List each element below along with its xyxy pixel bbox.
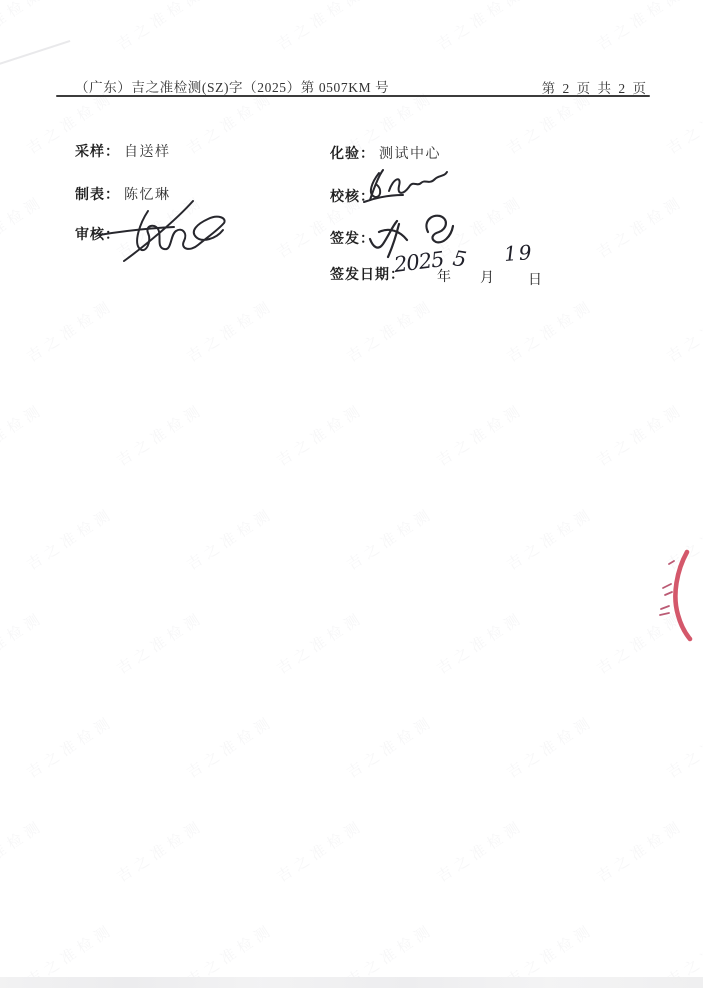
handwritten-month: 5 [451, 246, 468, 272]
handwritten-day: 19 [503, 240, 534, 266]
header-rule [56, 95, 650, 97]
day-unit: 日 [528, 269, 543, 289]
checker-signature [358, 164, 450, 210]
watermark-text: 吉之准检测 [502, 502, 597, 574]
watermark-text: 吉之准检测 [112, 398, 207, 470]
watermark-text: 吉之准检测 [432, 0, 527, 55]
year-unit: 年 [437, 266, 452, 286]
field-lab: 化验：测试中心 [330, 143, 441, 163]
watermark-text: 吉之准检测 [0, 190, 48, 262]
watermark-text: 吉之准检测 [272, 606, 367, 678]
field-sampling: 采样：自送样 [75, 141, 171, 161]
watermark-text: 吉之准检测 [0, 398, 48, 470]
watermark-text: 吉之准检测 [0, 606, 48, 678]
watermark-text: 吉之准检测 [502, 710, 597, 782]
watermark-text: 吉之准检测 [662, 710, 703, 782]
watermark-text: 吉之准检测 [502, 294, 597, 366]
watermark-text: 吉之准检测 [182, 502, 277, 574]
reviewer-signature [96, 197, 232, 263]
watermark-text: 吉之准检测 [272, 814, 367, 886]
watermark-text: 吉之准检测 [22, 502, 117, 574]
watermark-text: 吉之准检测 [662, 86, 703, 158]
watermark-text: 吉之准检测 [592, 398, 687, 470]
lab-value: 测试中心 [379, 147, 441, 162]
watermark-text: 吉之准检测 [432, 398, 527, 470]
report-number: （广东）吉之准检测(SZ)字（2025）第 0507KM 号 [75, 76, 389, 96]
sampling-label: 采样： [75, 145, 120, 160]
watermark-text: 吉之准检测 [592, 814, 687, 886]
watermark-text: 吉之准检测 [22, 294, 117, 366]
scanned-report-page: 吉之准检测吉之准检测吉之准检测吉之准检测吉之准检测吉之准检测吉之准检测吉之准检测… [0, 0, 703, 994]
watermark-text: 吉之准检测 [342, 294, 437, 366]
red-seal-stamp [656, 543, 703, 645]
watermark-text: 吉之准检测 [592, 190, 687, 262]
watermark-text: 吉之准检测 [182, 710, 277, 782]
watermark-text: 吉之准检测 [342, 502, 437, 574]
watermark-text: 吉之准检测 [342, 710, 437, 782]
lab-label: 化验： [330, 147, 375, 162]
issue-date-label: 签发日期： [330, 268, 405, 283]
watermark-text: 吉之准检测 [272, 398, 367, 470]
month-unit: 月 [480, 267, 495, 287]
page-indicator: 第 2 页 共 2 页 [542, 77, 648, 97]
watermark-text: 吉之准检测 [182, 86, 277, 158]
watermark-text: 吉之准检测 [182, 294, 277, 366]
watermark-text: 吉之准检测 [432, 814, 527, 886]
watermark-text: 吉之准检测 [112, 814, 207, 886]
sampling-value: 自送样 [124, 145, 171, 160]
watermark-text: 吉之准检测 [662, 294, 703, 366]
watermark-text: 吉之准检测 [432, 606, 527, 678]
watermark-text: 吉之准检测 [112, 0, 207, 55]
watermark-text: 吉之准检测 [0, 814, 48, 886]
watermark-text: 吉之准检测 [502, 86, 597, 158]
watermark-text: 吉之准检测 [592, 0, 687, 55]
scan-artifact-bottom-band [0, 977, 703, 988]
watermark-text: 吉之准检测 [272, 0, 367, 55]
watermark-text: 吉之准检测 [0, 0, 48, 55]
watermark-text: 吉之准检测 [22, 710, 117, 782]
watermark-text: 吉之准检测 [112, 606, 207, 678]
scan-artifact-corner-line [0, 40, 70, 66]
